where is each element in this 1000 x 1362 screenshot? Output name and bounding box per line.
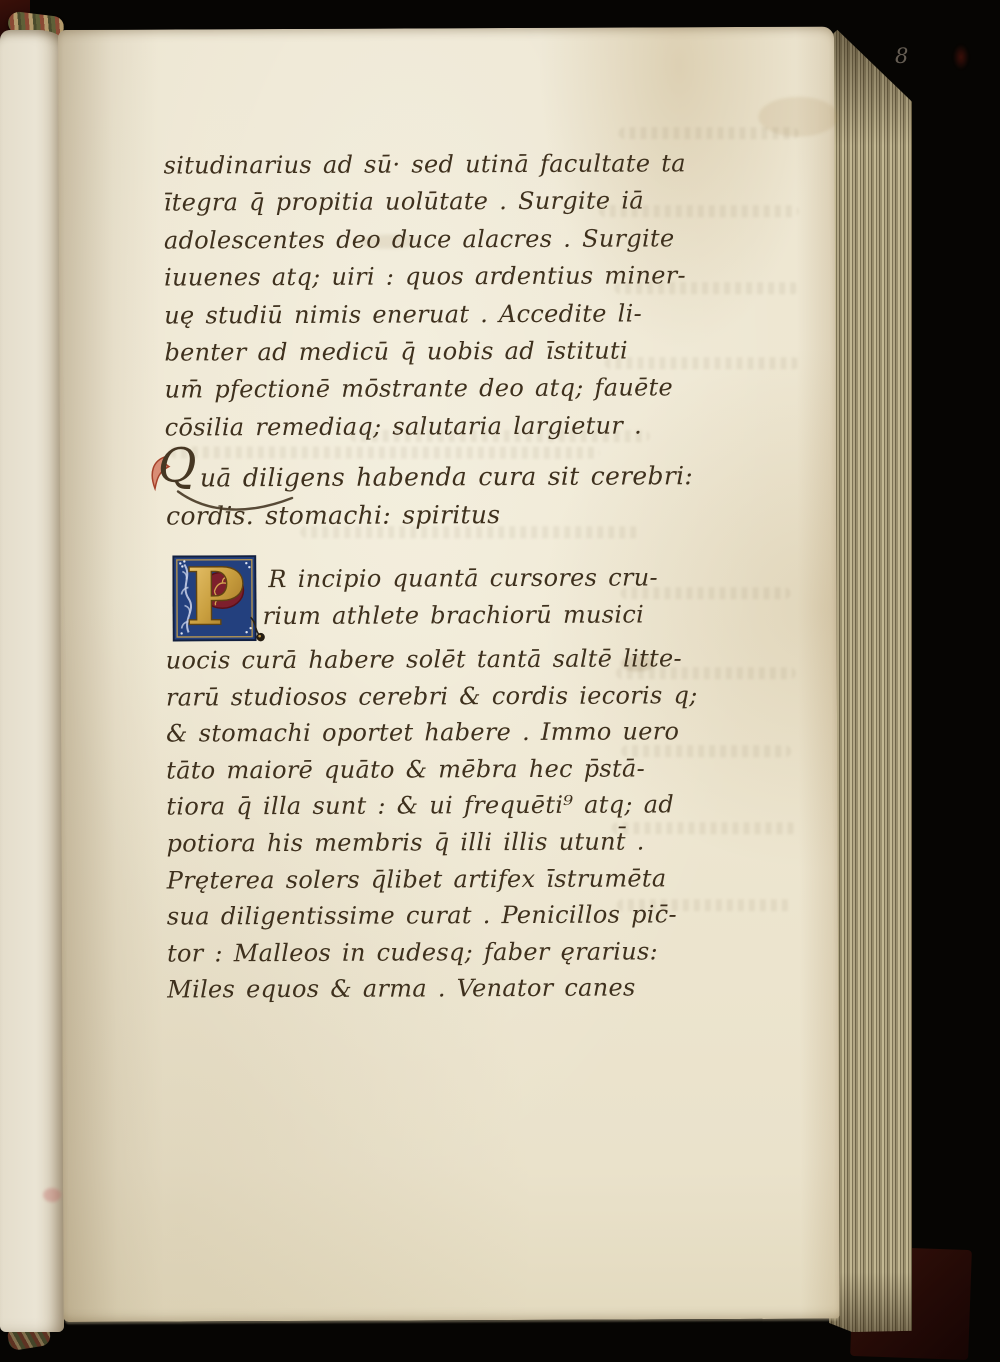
rubric-initial-letter: Q [158, 447, 197, 484]
body-paragraph-indent: R incipio quantā cursores cru- rium athl… [268, 559, 658, 636]
illuminated-initial-artwork: P [172, 555, 256, 641]
text-line: Pręterea solers q̄libet artifex īstrumēt… [167, 860, 699, 899]
text-line: tiora q̄ illa sunt : & ui frequēti⁹ atq;… [166, 787, 698, 826]
manuscript-page: situdinarius ad sū· sed utinā facultate … [58, 27, 840, 1322]
text-line: tor : Malleos in cudesq; faber ęrarius: [167, 933, 699, 972]
vellum-stain [43, 1188, 61, 1202]
text-line: uę studiū nimis eneruat . Accedite li- [164, 295, 686, 335]
text-line: iuuenes atq; uiri : quos ardentius miner… [164, 257, 686, 297]
text-line: ītegra q̄ propitia uolūtate . Surgite iā [164, 183, 686, 223]
text-line: tāto maiorē quāto & mēbra hec p̄stā- [166, 750, 698, 789]
text-line: Miles equos & arma . Venator canes [167, 970, 699, 1009]
ink-showthrough [618, 127, 798, 139]
underlying-page-edge [0, 30, 64, 1332]
text-line: cōsilia remediaq; salutaria largietur . [165, 407, 687, 447]
opening-paragraph: situdinarius ad sū· sed utinā facultate … [164, 145, 688, 447]
photo-background: 8 situdinarius ad sū· sed utinā facultat… [0, 0, 1000, 1362]
text-line: rarū studiosos cerebri & cordis iecoris … [166, 677, 698, 716]
fore-edge-page-stack [829, 26, 912, 1332]
text-line: sua diligentissime curat . Penicillos pi… [167, 896, 699, 935]
text-line: situdinarius ad sū· sed utinā facultate … [164, 145, 686, 185]
folio-number: 8 [895, 44, 908, 68]
initial-letter: P [185, 555, 245, 641]
text-line: potiora his membris q̄ illi illis utunt̄… [166, 823, 698, 862]
text-line: R incipio quantā cursores cru- [268, 559, 658, 598]
red-smudge [953, 44, 969, 70]
text-line: adolescentes deo duce alacres . Surgite [164, 220, 686, 260]
ink-showthrough [170, 446, 600, 458]
body-paragraph: uocis curā habere solēt tantā saltē litt… [166, 640, 699, 1008]
illuminated-initial-p: P [172, 555, 256, 641]
text-line: rium athlete brachiorū musici [262, 597, 658, 636]
text-line: & stomachi oportet habere . Immo uero [166, 713, 698, 752]
text-line: benter ad medicū q̄ uobis ad īstituti [164, 332, 686, 372]
text-line: um̄ pfectionē mōstrante deo atq; fauēte [164, 370, 686, 410]
text-line: uocis curā habere solēt tantā saltē litt… [166, 640, 698, 679]
